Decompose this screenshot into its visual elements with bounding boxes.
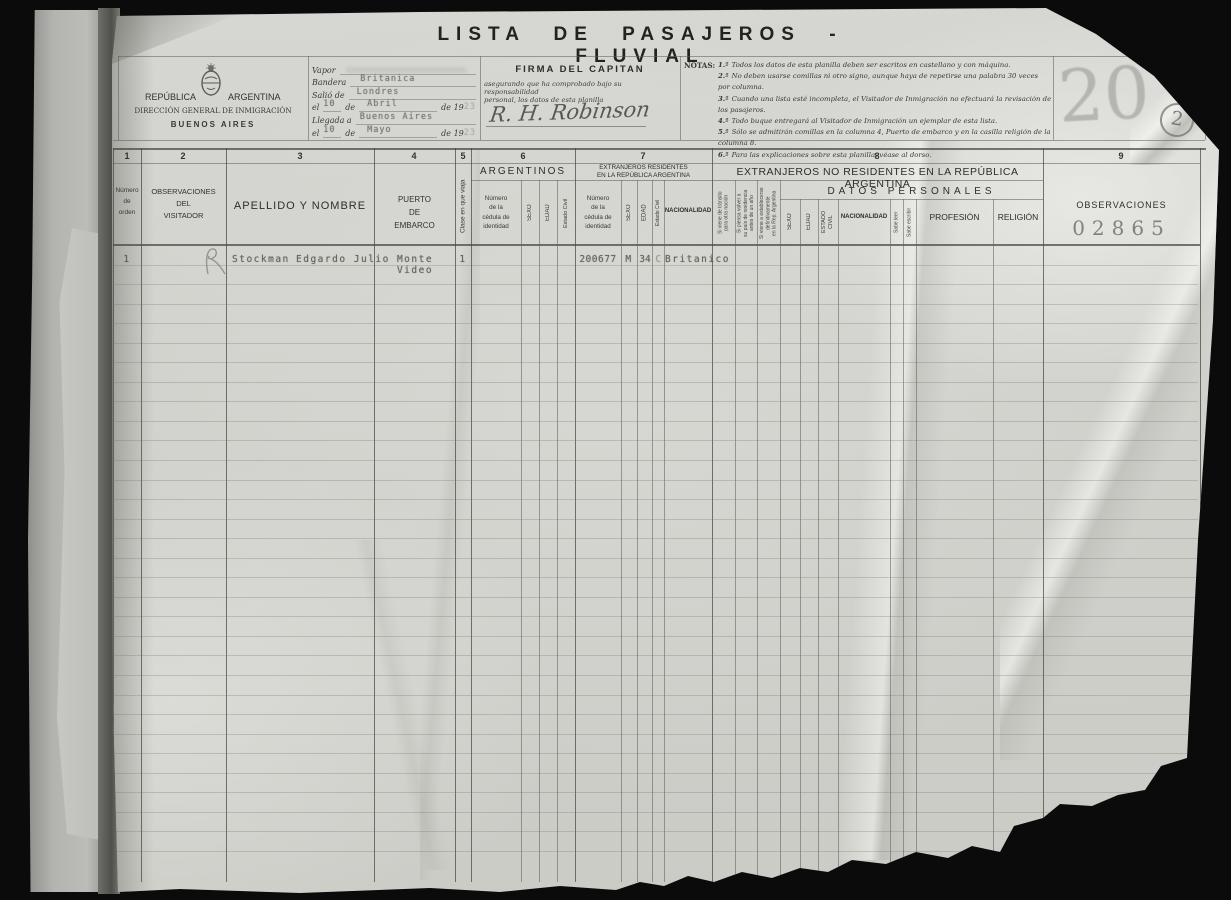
bandera-label: Bandera [312,78,346,87]
grid-line [113,499,1198,500]
header-res-estado-civil: Estado Civil [652,185,664,241]
grid-line [757,180,758,882]
row-clase: 1 [455,254,471,265]
grid-line [113,558,1198,559]
grid-line [113,244,1200,246]
header-res-cedula: Número de la cédula de identidad [575,194,621,232]
grid-line [113,577,1198,578]
column-number: 6 [508,151,538,161]
grid-line [652,180,653,882]
llegada-date-field: el 10 de Mayo de 19 23 [312,125,476,138]
circled-sheet-number: 2 [1157,100,1196,139]
column-number: 2 [168,151,198,161]
grid-line [780,180,781,882]
header-nores-establecerse: Si viene a establecerse definitivamente … [757,184,780,242]
captain-box: FIRMA DEL CAPITAN asegurando que ha comp… [484,64,676,138]
grid-line [113,792,1198,793]
column-number: 4 [399,151,429,161]
header-dp-sexo: SEXO [780,202,800,242]
header-arg-cedula: Número de la cédula de identidad [471,194,521,232]
header-nores-volver: Si piensa volver a su país de residencia… [735,184,757,242]
grid-line [113,401,1198,402]
grid-line [113,655,1198,656]
grid-line [113,753,1198,754]
nota-item: 5.ªSólo se admitirán comillas en la colu… [718,127,1052,149]
grid-line [113,695,1198,696]
notas-box: NOTAS: 1.ªTodos los datos de esta planil… [684,60,1052,138]
grid-line [113,597,1198,598]
header-argentinos: ARGENTINOS [471,166,575,177]
header-nores-transito: Si viene de tránsito para otra nación [712,184,735,242]
grid-line [916,199,917,882]
row-res-sexo: M [621,254,637,265]
grid-line [113,714,1198,715]
header-dp-religion: RELIGIÓN [993,212,1043,222]
header-puerto-embarco: PUERTO DE EMBARCO [374,194,455,232]
grid-line [818,199,819,882]
row-puerto-embarco: Monte Video [376,254,454,276]
grid-line [113,304,1198,305]
issuer-department: DIRECCIÓN GENERAL DE INMIGRACIÓN [122,106,304,115]
nota-item: 1.ªTodos los datos de esta planilla debe… [718,60,1052,71]
grid-line [113,460,1198,461]
column-number: 7 [628,151,658,161]
grid-line [118,56,1205,57]
page-stack-torn-edge [52,228,102,840]
captain-title: FIRMA DEL CAPITAN [484,64,676,75]
header-apellido-nombre: APELLIDO Y NOMBRE [226,200,374,212]
header-arg-edad: EDAD [539,185,557,241]
notas-list: 1.ªTodos los datos de esta planilla debe… [718,60,1052,161]
nota-item: 2.ªNo deben usarse comillas ni otro sign… [718,71,1052,93]
grid-line [664,180,665,882]
grid-line [539,180,540,882]
grid-line [113,480,1198,481]
row-res-cedula: 200677 [576,254,620,265]
grid-line [113,440,1198,441]
nota-item: 4.ªTodo buque entregará al Visitador de … [718,116,1052,127]
signature-line [486,126,646,127]
grid-line [113,265,1198,266]
pencil-page-number: 20 [1056,49,1170,139]
grid-line [680,56,681,140]
grid-line [637,180,638,882]
header-res-sexo: SEXO [621,185,637,241]
grid-line [480,56,481,140]
grid-line [800,199,801,882]
column-number: 5 [448,151,478,161]
captain-signature: R. H. Robinson [488,97,651,127]
grid-line [113,519,1198,520]
page-stack-edge [28,10,112,892]
header-dp-profesion: PROFESIÓN [916,212,993,222]
nota-item: 3.ªCuando una lista esté incompleta, el … [718,94,1052,116]
grid-line [113,812,1198,813]
grid-line [226,148,227,882]
stamp-number: 02865 [1043,216,1200,240]
header-observaciones: OBSERVACIONES [1043,200,1200,210]
grid-line [113,851,1198,852]
grid-line [113,616,1198,617]
header-dp-edad: EDAD [800,202,818,242]
header-extranjeros-residentes: EXTRANJEROS RESIDENTES EN LA REPÚBLICA A… [575,164,712,180]
grid-line [471,148,472,882]
row-res-nacionalidad: Britanico [665,254,730,265]
grid-line [993,199,994,882]
issuer-name-left: REPÚBLICA [122,92,196,102]
column-number: 9 [1106,151,1136,161]
header-clase-en-que-viaja: Clase en que viaja [455,170,471,242]
grid-line [118,56,119,140]
issuer-name-right: ARGENTINA [228,92,304,102]
header-dp-sabe-escribir: Sabe escribir [903,202,916,242]
argentina-coat-of-arms-icon [198,62,224,103]
header-datos-personales: DATOS PERSONALES [780,186,1043,197]
grid-line [113,734,1198,735]
grid-line [113,343,1198,344]
row-apellido: Stockman [232,254,290,265]
grid-line [1053,56,1054,140]
header-dp-nacionalidad: NACIONALIDAD [838,214,890,220]
grid-line [1205,56,1206,140]
header-observaciones-visitador: OBSERVACIONES DEL VISITADOR [141,186,226,222]
grid-line [113,773,1198,774]
grid-line [838,199,839,882]
header-arg-sexo: SEXO [521,185,539,241]
header-dp-sabe-leer: Sabe leer [890,202,903,242]
grid-line [113,362,1198,363]
grid-line [113,382,1198,383]
grid-line [113,636,1198,637]
ship-info-box: Vapor Bandera Britanica Salió de Londres… [312,62,476,138]
header-numero-orden: Número de orden [113,185,141,218]
grid-line [1200,148,1201,768]
grid-line [113,831,1198,832]
grid-line [113,323,1198,324]
grid-line [113,675,1198,676]
row-numero: 1 [113,254,141,265]
row-res-estado-civil: C [653,254,665,265]
grid-line [557,180,558,882]
crease-line-bottom-left [140,540,660,870]
header-arg-estado-civil: Estado Civil [557,185,575,241]
grid-line [1043,148,1044,882]
column-number: 3 [285,151,315,161]
header-res-edad: EDAD [637,185,652,241]
row-res-edad: 34 [637,254,653,265]
column-number: 8 [862,151,892,161]
llegada-year: 23 [464,128,476,138]
header-dp-estado-civil: ESTADO CIVIL [818,202,838,242]
issuer-city: BUENOS AIRES [122,120,304,129]
issuer-box: REPÚBLICA ARGENTINA DIRECCIÓN GENERAL DE… [122,60,304,138]
passenger-list-sheet: LISTA DE PASAJEROS - FLUVIAL [0,0,1231,900]
grid-line [521,180,522,882]
grid-line [113,421,1198,422]
header-res-nacionalidad: NACIONALIDAD [664,208,712,214]
grid-line [141,148,142,882]
captain-subtitle-1: asegurando que ha comprobado bajo su res… [484,80,676,96]
column-number: 1 [112,151,142,161]
scanned-document: LISTA DE PASAJEROS - FLUVIAL [0,0,1231,900]
notas-label: NOTAS: [684,60,715,72]
grid-line [308,56,309,140]
vapor-label: Vapor [312,66,336,75]
vertical-fold [835,140,965,860]
grid-line [735,180,736,882]
grid-line [113,284,1198,285]
grid-line [903,199,904,882]
grid-line [113,538,1198,539]
grid-line [890,199,891,882]
grid-line [621,180,622,882]
grid-line [780,199,1043,200]
